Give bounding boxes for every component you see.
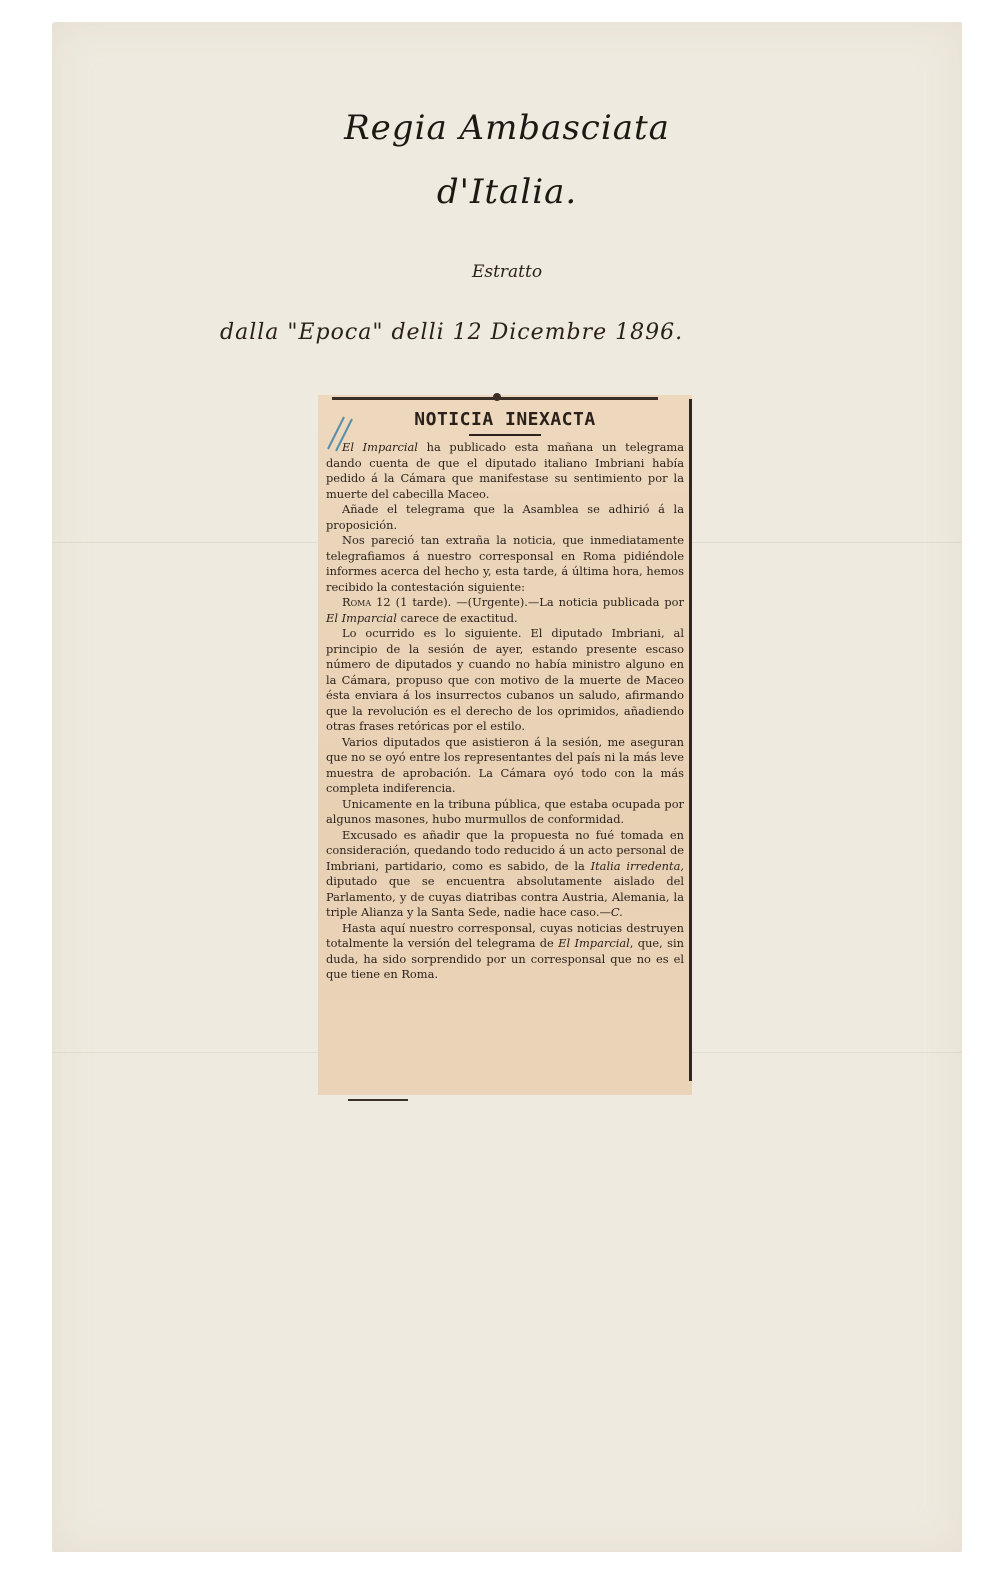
letterhead-line-2: d'Italia. <box>52 172 962 212</box>
italic-phrase: Italia irredenta <box>591 859 681 873</box>
article-paragraph: El Imparcial ha publicado esta mañana un… <box>326 440 684 502</box>
paragraph-text: 12 (1 tarde). —(Urgente).—La noticia pub… <box>371 595 684 609</box>
paragraph-text: Nos pareció tan extraña la noticia, que … <box>326 533 684 594</box>
paragraph-text: Lo ocurrido es lo siguiente. El diputado… <box>326 626 684 733</box>
title-rule <box>469 434 541 436</box>
article-paragraph: Excusado es añadir que la propuesta no f… <box>326 828 684 921</box>
paragraph-text: Unicamente en la tribuna pública, que es… <box>326 797 684 827</box>
article-paragraph: Lo ocurrido es lo siguiente. El diputado… <box>326 626 684 735</box>
newspaper-name: El Imparcial <box>558 936 630 950</box>
paragraph-text: Añade el telegrama que la Asamblea se ad… <box>326 502 684 532</box>
paragraph-text: Varios diputados que asistieron á la ses… <box>326 735 684 796</box>
column-rule <box>689 399 692 1081</box>
article-paragraph: Varios diputados que asistieron á la ses… <box>326 735 684 797</box>
article-body: El Imparcial ha publicado esta mañana un… <box>326 440 684 983</box>
ornament-icon <box>493 393 501 401</box>
signature: C. <box>611 905 623 919</box>
letterhead-line-1: Regia Ambasciata <box>52 108 962 148</box>
article-title: NOTICIA INEXACTA <box>326 409 684 430</box>
newspaper-clipping: NOTICIA INEXACTA El Imparcial ha publica… <box>318 395 692 1095</box>
article-paragraph: Unicamente en la tribuna pública, que es… <box>326 797 684 828</box>
article-paragraph: Hasta aquí nuestro corresponsal, cuyas n… <box>326 921 684 983</box>
handwritten-source-line: dalla "Epoca" delli 12 Dicembre 1896. <box>220 320 683 345</box>
letter-sheet: Regia Ambasciata d'Italia. Estratto dall… <box>52 22 962 1552</box>
pencil-mark-icon <box>322 413 362 453</box>
handwritten-estratto: Estratto <box>52 262 962 282</box>
paragraph-text: carece de exactitud. <box>397 611 518 625</box>
article-paragraph: Añade el telegrama que la Asamblea se ad… <box>326 502 684 533</box>
newspaper-name: El Imparcial <box>326 611 397 625</box>
dateline: Roma <box>342 595 371 609</box>
article-paragraph: Nos pareció tan extraña la noticia, que … <box>326 533 684 595</box>
ornamental-rule <box>348 1099 408 1101</box>
article-paragraph: Roma 12 (1 tarde). —(Urgente).—La notici… <box>326 595 684 626</box>
